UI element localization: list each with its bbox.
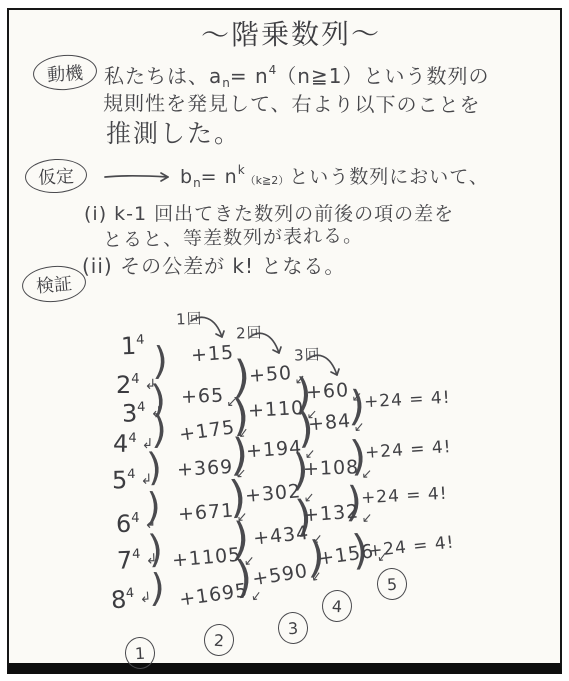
term-base: 5 [112,466,128,494]
difference-value: +24 = 4! [361,484,448,509]
hook-arrow-icon: ↙ [250,588,264,605]
difference-value: +24 = 4! [364,437,452,463]
column-number-badge: 3 [277,611,309,645]
hook-arrow-icon: ↙ [361,511,374,527]
pass-label: 1回 [176,308,203,330]
difference-text: +194 [245,437,303,463]
term-exponent: 4 [137,400,146,415]
difference-value: +369↙ [176,455,247,481]
hook-arrow-icon: ↙ [310,569,324,586]
hook-arrow-icon: ↙ [361,467,373,482]
term-base: 7 [117,546,133,575]
difference-value: +590↙ [251,558,324,591]
brace-icon: ) [145,488,161,526]
difference-text: +590 [251,560,310,591]
hook-arrow-icon: ↙ [226,395,238,410]
difference-text: +84 [307,410,352,436]
difference-value: +84↙ [307,409,366,436]
difference-value: +24 = 4! [367,533,455,562]
column-number-badge: 5 [376,567,408,601]
difference-text: +24 = 4! [367,533,455,562]
difference-text: +434 [252,522,310,550]
pass-label: 2回 [236,322,263,344]
difference-text: +369 [176,456,233,481]
difference-text: +24 = 4! [364,437,452,463]
term-exponent: 4 [132,547,141,562]
term-exponent: 4 [127,467,136,482]
difference-text: +50 [248,362,293,387]
difference-table: 1424↲34↲44↲54↲64↲74↲84↲)))))))))))))))))… [0,0,569,681]
difference-value: +671↙ [177,499,248,526]
difference-text: +1105 [171,544,242,572]
difference-text: +65 [181,384,225,407]
column-number-badge: 2 [203,623,235,657]
term-exponent: 4 [128,431,137,446]
difference-text: +60 [305,379,349,403]
hook-arrow-icon: ↙ [235,466,248,482]
difference-text: +24 = 4! [361,484,448,509]
term-base: 4 [113,430,129,458]
pass-label: 3回 [294,344,321,366]
term-base: 1 [121,332,137,361]
term-exponent: 4 [131,372,139,387]
hook-arrow-icon: ↙ [353,420,366,436]
term-exponent: 4 [131,511,139,526]
hook-arrow-icon: ↙ [237,425,251,442]
sequence-term: 84↲ [110,584,152,615]
difference-value: +175↙ [178,414,250,446]
term-base: 6 [116,510,131,538]
hook-arrow-icon: ↙ [236,510,249,526]
difference-text: +24 = 4! [364,388,451,413]
difference-value: +1105↙ [171,542,256,571]
difference-text: +671 [177,500,235,526]
brace-icon: ) [146,448,163,487]
column-number-badge: 4 [321,589,353,623]
difference-value: +108↙ [303,456,374,480]
difference-value: +302↙ [244,479,316,507]
difference-value: +65↙ [181,384,239,408]
term-exponent: 4 [125,586,134,602]
difference-value: +60↙ [305,379,363,404]
hook-arrow-icon: ↙ [311,531,324,547]
sequence-term: 14 [121,332,146,361]
column-number-badge: 1 [124,636,156,670]
difference-text: +108 [303,456,360,480]
term-exponent: 4 [136,333,145,348]
brace-icon: ) [149,569,165,607]
term-base: 3 [122,399,138,428]
brace-icon: ) [147,530,164,569]
brace-icon: ) [151,411,167,449]
difference-value: +1695↙ [178,577,263,610]
term-base: 2 [116,371,131,399]
difference-value: +24 = 4! [364,388,451,413]
brace-icon: ) [152,342,168,380]
difference-text: +15 [190,342,235,367]
difference-text: +132 [302,501,360,527]
difference-text: +110 [247,397,304,422]
difference-text: +1695 [178,579,250,610]
difference-text: +175 [178,416,237,446]
hook-arrow-icon: ↙ [351,390,364,406]
difference-value: +15 [190,342,235,367]
notebook-page: ～階乗数列～ 動機 仮定 検証 私たちは、an= n4（n≧1）という数列の 規… [0,0,569,681]
